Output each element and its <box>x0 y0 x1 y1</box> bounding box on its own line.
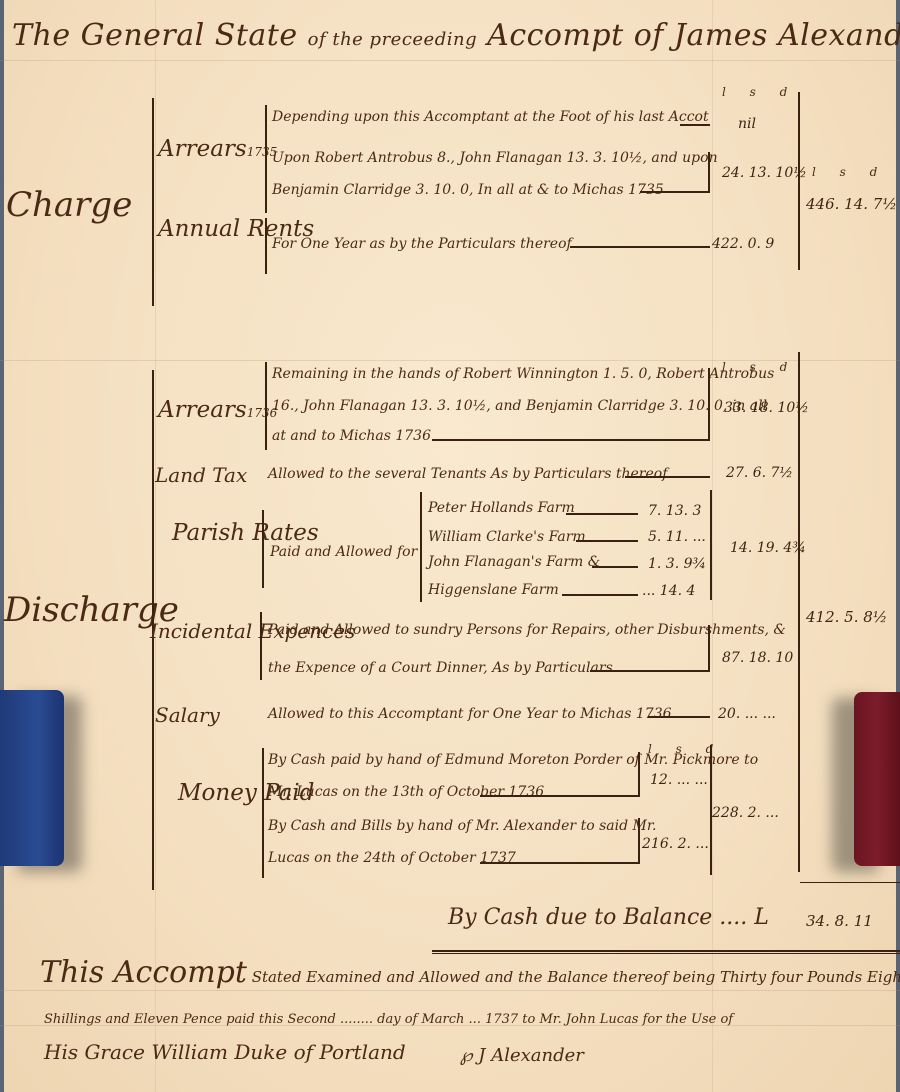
signature: ℘ J Alexander <box>460 1045 584 1066</box>
charge-total-bracket <box>798 92 800 270</box>
farm-4-name: Higgenslane Farm <box>428 582 559 598</box>
page-title: The General State of the preceeding Acco… <box>12 18 900 53</box>
land-tax-amount: 27. 6. 7½ <box>726 465 793 481</box>
land-tax-label: Land Tax <box>155 458 247 492</box>
red-cloth-tab <box>854 692 900 866</box>
closing-lead: This Accompt <box>40 955 247 990</box>
money-paid-line-2: Mr. Lucas on the 13th of October 1736 <box>268 784 544 800</box>
arrears-1735-bracket <box>265 105 267 213</box>
farm-2-name: William Clarke's Farm <box>428 529 586 545</box>
money-paid-amount: 228. 2. ... <box>712 805 779 821</box>
blue-cloth-tab <box>0 690 64 866</box>
currency-header-3: l s d <box>722 360 797 374</box>
discharge-total-bracket <box>798 352 800 872</box>
charge-arrears-label: Arrears1735 <box>158 132 277 169</box>
title-main: The General State <box>12 18 298 53</box>
page-edge-left <box>0 0 4 1092</box>
incidental-amount: 87. 18. 10 <box>722 650 793 666</box>
closing-line-1: This Accompt Stated Examined and Allowed… <box>40 955 900 990</box>
charge-arrears-line-2: Upon Robert Antrobus 8., John Flanagan 1… <box>272 150 718 166</box>
charge-arrears-amount: 24. 13. 10½ <box>722 165 807 181</box>
charge-arrears-line-3: Benjamin Clarridge 3. 10. 0, In all at &… <box>272 182 664 198</box>
balance-amount: 34. 8. 11 <box>806 912 873 930</box>
farm-3-amount: 1. 3. 9¾ <box>648 556 706 572</box>
charge-arrears-nil: nil <box>738 116 756 132</box>
charge-label: Charge <box>6 185 132 225</box>
salary-label: Salary <box>155 698 220 732</box>
farm-3-name: John Flanagan's Farm & <box>428 554 600 570</box>
page-edge-right <box>896 0 900 1092</box>
land-tax-line: Allowed to the several Tenants As by Par… <box>268 466 667 482</box>
currency-header-1: l s d <box>722 85 797 99</box>
farm-4-amount: ... 14. 4 <box>642 583 695 599</box>
discharge-arrears-label: Arrears1736 <box>158 393 277 430</box>
money-paid-line-3: By Cash and Bills by hand of Mr. Alexand… <box>268 818 656 834</box>
money-paid-sub-2: 216. 2. ... <box>642 836 709 852</box>
farm-2-amount: 5. 11. ... <box>648 529 706 545</box>
charge-bracket <box>152 98 154 306</box>
incidental-line-2: the Expence of a Court Dinner, As by Par… <box>268 660 613 676</box>
discharge-arrears-line-2: 16., John Flanagan 13. 3. 10½, and Benja… <box>272 398 767 414</box>
parish-rates-amount: 14. 19. 4¾ <box>730 540 806 556</box>
parish-rates-line: Paid and Allowed for <box>270 544 417 560</box>
money-paid-sub-1: 12. ... ... <box>650 772 708 788</box>
charge-total: 446. 14. 7½ <box>806 195 897 213</box>
balance-label: By Cash due to Balance .... L <box>448 905 769 930</box>
closing-line-3: His Grace William Duke of Portland <box>44 1040 406 1064</box>
money-paid-line-4: Lucas on the 24th of October 1737 <box>268 850 516 866</box>
discharge-arrears-line-3: at and to Michas 1736 <box>272 428 431 444</box>
charge-arrears-line-1: Depending upon this Accomptant at the Fo… <box>272 109 709 125</box>
salary-line: Allowed to this Accomptant for One Year … <box>268 706 672 722</box>
currency-header-2: l s d <box>812 165 887 179</box>
discharge-arrears-amount: 33. 18. 10½ <box>724 400 809 416</box>
discharge-total: 412. 5. 8½ <box>806 608 887 626</box>
annual-rents-amount: 422. 0. 9 <box>712 236 774 252</box>
farm-1-amount: 7. 13. 3 <box>648 503 701 519</box>
discharge-arrears-line-1: Remaining in the hands of Robert Winning… <box>272 366 774 382</box>
title-connector: of the preceeding <box>308 29 477 50</box>
title-rest: Accompt of James Alexander <box>487 18 900 53</box>
closing-line-2: Shillings and Eleven Pence paid this Sec… <box>44 1012 733 1027</box>
farm-1-name: Peter Hollands Farm <box>428 500 575 516</box>
annual-rents-line: For One Year as by the Particulars there… <box>272 236 572 252</box>
salary-amount: 20. ... ... <box>718 706 776 722</box>
manuscript-page: The General State of the preceeding Acco… <box>0 0 900 1092</box>
currency-header-4: l s d <box>648 742 723 756</box>
